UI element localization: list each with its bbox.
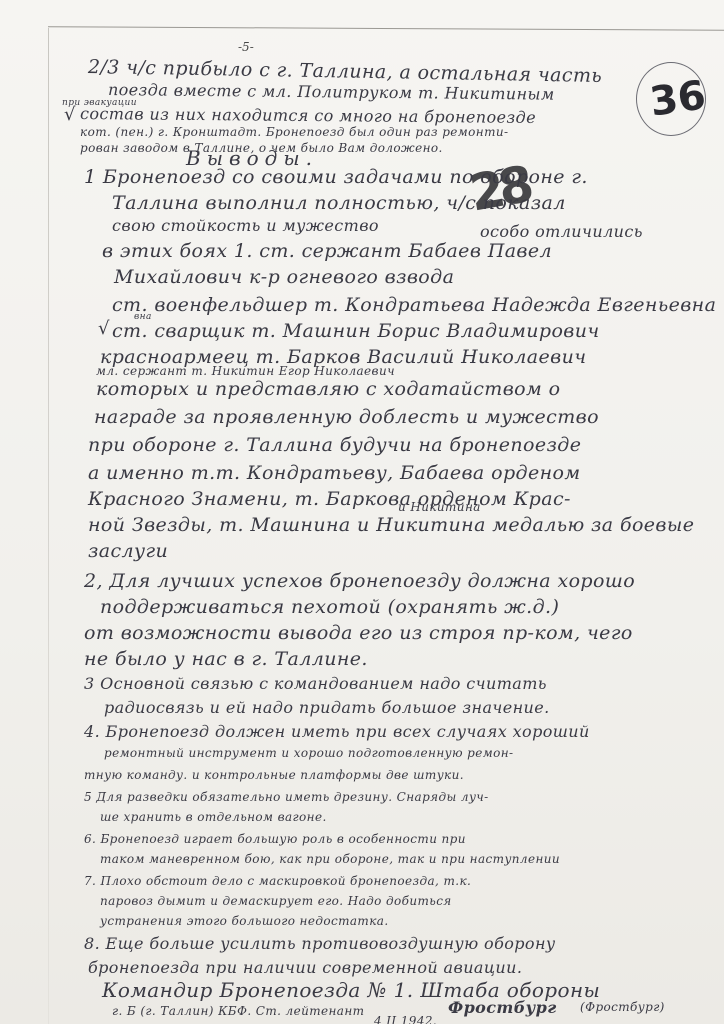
finding-line: Красного Знамени, т. Баркова орденом Кра…	[88, 488, 571, 510]
finding-line: ст. сварщик т. Машнин Борис Владимирович	[112, 320, 600, 342]
finding-line: свою стойкость и мужество	[112, 216, 379, 235]
page-top-edge	[48, 26, 724, 31]
finding-line: бронепоезда при наличии современной авиа…	[88, 958, 522, 977]
finding-line: Таллина выполнил полностью, ч/с показал	[112, 192, 566, 214]
finding-line: 3 Основной связью с командованием надо с…	[84, 674, 547, 693]
insert-especially: особо отличились	[480, 222, 643, 241]
archive-stamp-number: 36	[647, 72, 709, 125]
signature-mark: Фростбург	[448, 998, 557, 1017]
insert-nikitina: и Никитина	[398, 500, 481, 514]
finding-line: не было у нас в г. Таллине.	[84, 648, 368, 670]
finding-line: 2, Для лучших успехов бронепоезду должна…	[84, 570, 635, 592]
finding-line: от возможности вывода его из строя пр-ко…	[84, 622, 633, 644]
finding-line: 4. Бронепоезд должен иметь при всех случ…	[84, 722, 590, 741]
finding-line: 5 Для разведки обязательно иметь дрезину…	[84, 790, 489, 804]
finding-line: ной Звезды, т. Машнина и Никитина медаль…	[88, 514, 694, 536]
signature-date: 4 II 1942.	[374, 1014, 437, 1024]
finding-line: ст. военфельдшер т. Кондратьева Надежда …	[112, 294, 716, 316]
finding-line: в этих боях 1. ст. сержант Бабаев Павел	[102, 240, 552, 262]
finding-line: 7. Плохо обстоит дело с маскировкой брон…	[84, 874, 471, 888]
finding-line: радиосвязь и ей надо придать большое зна…	[104, 698, 550, 717]
finding-line: заслуги	[88, 540, 168, 562]
finding-line: поддерживаться пехотой (охранять ж.д.)	[100, 596, 559, 618]
finding-line: таком маневренном бою, как при обороне, …	[100, 852, 560, 866]
intro-line: поезда вместе с мл. Политруком т. Никити…	[108, 80, 555, 104]
insert-sergeant: мл. сержант т. Никитин Егор Николаевич	[96, 364, 395, 378]
page-left-edge	[48, 28, 49, 1024]
finding-line: ремонтный инструмент и хорошо подготовле…	[104, 746, 513, 760]
finding-line: 8. Еще больше усилить противовоздушную о…	[84, 934, 556, 953]
finding-line: 6. Бронепоезд играет большую роль в особ…	[84, 832, 466, 846]
finding-line: а именно т.т. Кондратьеву, Бабаева орден…	[88, 462, 581, 484]
finding-line: ше хранить в отдельном вагоне.	[100, 810, 327, 824]
finding-line: тную команду. и контрольные платформы дв…	[84, 768, 464, 782]
page-marker: -5-	[238, 40, 254, 54]
signature-rank: г. Б (г. Таллин) КБФ. Ст. лейтенант	[112, 1004, 364, 1018]
finding-line: 1 Бронепоезд со своими задачами по оборо…	[84, 166, 588, 188]
signature-name: (Фростбург)	[580, 1000, 665, 1014]
intro-line: состав из них находится со много на брон…	[80, 104, 536, 127]
finding-line: паровоз дымит и демаскирует его. Надо до…	[100, 894, 452, 908]
check-mark-icon: √	[64, 104, 75, 125]
finding-line: устранения этого большого недостатка.	[100, 914, 389, 928]
finding-line: награде за проявленную доблесть и мужест…	[94, 406, 599, 428]
finding-line: при обороне г. Таллина будучи на бронепо…	[88, 434, 581, 456]
check-mark-icon: √	[98, 318, 109, 339]
finding-line: которых и представляю с ходатайством о	[96, 378, 560, 400]
scanned-page: -5- 36 28 2/3 ч/с прибыло с г. Таллина, …	[0, 0, 724, 1024]
intro-line: кот. (пен.) г. Кронштадт. Бронепоезд был…	[80, 125, 508, 139]
finding-line: Михайлович к-р огневого взвода	[114, 266, 454, 288]
